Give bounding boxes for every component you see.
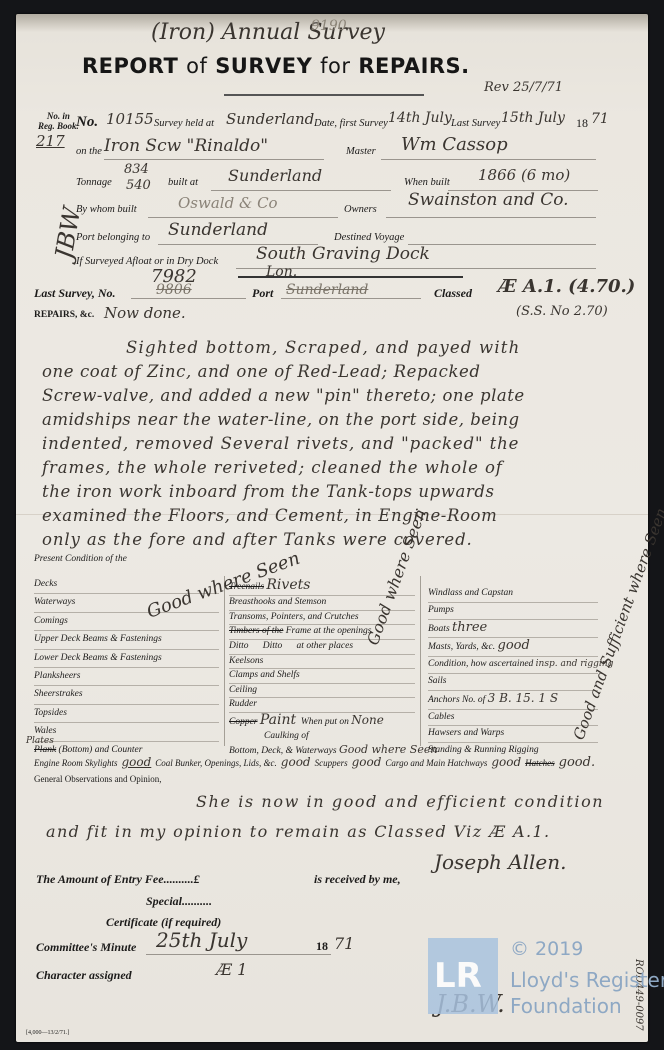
condition-item: Wales xyxy=(34,723,219,741)
anchors-value: 3 B. 15. 1 S xyxy=(488,691,558,705)
afloat-value: South Graving Dock xyxy=(256,244,430,264)
field-line xyxy=(131,298,246,299)
watermark-org-1: Lloyd's Register xyxy=(510,968,664,992)
masts-label: Masts, Yards, &c. xyxy=(428,642,495,652)
master-label: Master xyxy=(346,146,376,157)
rev-note: Rev 25/7/71 xyxy=(484,80,563,95)
struck-text: Treenails xyxy=(229,582,264,592)
tonnage-label: Tonnage xyxy=(76,177,112,188)
title-underline xyxy=(224,94,424,96)
last-survey-no-label: Last Survey, No. xyxy=(34,286,116,301)
character-label: Character assigned xyxy=(36,968,132,983)
inserted-word: Rivets xyxy=(266,577,310,593)
when-built-label: When built xyxy=(404,177,450,188)
repairs-label: REPAIRS, &c. xyxy=(34,310,94,320)
anchors-label: Anchors No. of xyxy=(428,695,485,705)
title-word: of xyxy=(186,54,207,78)
survey-no: 10155 xyxy=(106,110,154,128)
committee-year-prefix: 18 xyxy=(316,939,328,954)
first-survey-label: Date, first Survey xyxy=(314,118,388,129)
narrative-line: one coat of Zinc, and one of Red-Lead; R… xyxy=(42,360,642,384)
received-label: is received by me, xyxy=(314,872,401,887)
condition-item: Keelsons xyxy=(229,655,415,670)
reg-book-label: No. in Reg. Book. xyxy=(38,111,79,131)
condition-item: Condition, how ascertained insp. and rig… xyxy=(428,657,598,674)
condition-item: Anchors No. of 3 B. 15. 1 S xyxy=(428,691,598,710)
classed-label: Classed xyxy=(434,286,472,301)
struck-text: Timbers of the xyxy=(229,626,283,636)
condition-item: Boats three xyxy=(428,620,598,639)
struck-text: Copper xyxy=(229,717,258,727)
condition-item: Copper Paint When put on None xyxy=(229,713,415,730)
narrative-line: examined the Floors, and Cement, in Engi… xyxy=(42,504,642,528)
repair-narrative: Sighted bottom, Scraped, and payed with … xyxy=(42,336,642,552)
page-title: REPORT of SURVEY for REPAIRS. xyxy=(82,54,470,78)
opinion-label: General Observations and Opinion, xyxy=(34,774,161,784)
survey-document: (Iron) Annual Survey 9190 REPORT of SURV… xyxy=(16,14,648,1042)
tonnage-net: 540 xyxy=(126,178,151,193)
reg-book-label-1: No. in xyxy=(38,111,79,121)
condition-item: Topsides xyxy=(34,705,219,723)
owners-value: Swainston and Co. xyxy=(408,190,569,210)
hatchways-label: Cargo and Main Hatchways xyxy=(385,758,487,768)
field-line xyxy=(146,954,331,955)
voyage-label: Destined Voyage xyxy=(334,232,404,243)
built-at-label: built at xyxy=(168,177,198,188)
last-survey-value: 15th July xyxy=(501,110,565,126)
by-whom-value: Oswald & Co xyxy=(178,194,278,212)
field-line xyxy=(381,159,596,160)
condition-item: Pumps xyxy=(428,603,598,620)
classed-value: Æ A.1. (4.70.) xyxy=(498,276,635,297)
reg-book-label-2: Reg. Book. xyxy=(38,121,79,131)
scuppers-value: good xyxy=(352,755,382,769)
bunker-value: good xyxy=(281,755,311,769)
narrative-line: frames, the whole reriveted; cleaned the… xyxy=(42,456,642,480)
condition-item: Lower Deck Beams & Fastenings xyxy=(34,650,219,668)
condition-item: Windlass and Capstan xyxy=(428,586,598,603)
narrative-line: amidships near the water-line, on the po… xyxy=(42,408,642,432)
column-divider xyxy=(420,576,421,746)
owners-label: Owners xyxy=(344,204,377,215)
narrative-line: only as the fore and after Tanks were co… xyxy=(42,528,642,552)
caulking-label: Caulking of xyxy=(229,730,415,743)
bunker-label: Coal Bunker, Openings, Lids, &c. xyxy=(155,758,277,768)
last-survey-no-old: 9806 xyxy=(156,282,192,298)
pencil-number: 9190 xyxy=(311,18,347,34)
masts-value: good xyxy=(498,638,530,653)
narrative-line: indented, removed Several rivets, and "p… xyxy=(42,432,642,456)
port-label: Port belonging to xyxy=(76,232,150,243)
vessel-name: Iron Scw "Rinaldo" xyxy=(104,136,268,156)
field-line xyxy=(104,159,324,160)
master-value: Wm Cassop xyxy=(401,134,508,155)
watermark-org-2: Foundation xyxy=(510,994,622,1018)
held-at-value: Sunderland xyxy=(226,110,314,128)
column-divider xyxy=(224,576,225,746)
margin-initials: JBW xyxy=(50,205,87,261)
held-at-label: Survey held at xyxy=(154,118,214,129)
condition-item: Clamps and Shelfs xyxy=(229,669,415,684)
built-at-value: Sunderland xyxy=(228,166,322,185)
condition-item: Upper Deck Beams & Fastenings xyxy=(34,631,219,649)
character-value: Æ 1 xyxy=(216,960,247,979)
title-word: SURVEY xyxy=(215,54,312,78)
first-survey-value: 14th July xyxy=(388,110,452,126)
boats-label: Boats xyxy=(428,624,450,634)
no-label: No. xyxy=(76,114,98,131)
hatches-label: Hatches xyxy=(525,758,555,768)
lr-logo-icon: LR xyxy=(434,956,482,996)
print-code: [4,000—13/2/71.] xyxy=(26,1030,69,1036)
field-line xyxy=(148,217,338,218)
boats-value: three xyxy=(452,620,487,635)
title-word: for xyxy=(320,54,350,78)
title-word: REPAIRS. xyxy=(358,54,469,78)
repairs-value: Now done. xyxy=(104,304,186,322)
narrative-line: Sighted bottom, Scraped, and payed with xyxy=(42,336,642,360)
committee-label: Committee's Minute xyxy=(36,940,136,955)
condition-item: Planksheers xyxy=(34,668,219,686)
port-value: Sunderland xyxy=(168,220,268,240)
title-word: REPORT xyxy=(82,54,178,78)
port2-label: Port xyxy=(252,286,273,301)
opinion-line-1: She is now in good and efficient conditi… xyxy=(196,792,604,811)
lr-logo: LR xyxy=(428,938,498,1014)
condition-heading: Present Condition of the xyxy=(34,554,127,564)
surveyor-signature: Joseph Allen. xyxy=(434,850,567,874)
special-label: Special.......... xyxy=(146,894,212,909)
watermark-copyright: © 2019 xyxy=(510,938,583,960)
port2-old: Sunderland xyxy=(286,282,368,298)
condition-item: Rudder xyxy=(229,698,415,713)
reg-book-value: 217 xyxy=(36,132,65,150)
committee-year-suffix: 71 xyxy=(334,934,354,953)
when-label: When put on xyxy=(301,717,349,727)
skylights-label: Engine Room Skylights xyxy=(34,758,117,768)
year-suffix: 71 xyxy=(591,111,609,127)
skylights-value: good xyxy=(121,755,151,769)
on-the-label: on the xyxy=(76,146,102,157)
year-prefix: 18 xyxy=(576,116,588,131)
hatches-value: good. xyxy=(559,755,595,770)
condition-item: Ceiling xyxy=(229,684,415,699)
field-line xyxy=(281,298,421,299)
classed-note: (S.S. No 2.70) xyxy=(516,304,608,319)
inserted-word: Plates xyxy=(26,736,54,746)
ascertained-label: Condition, how ascertained xyxy=(428,659,533,669)
entry-fee-label: The Amount of Entry Fee..........£ xyxy=(36,872,200,887)
condition-item: Sheerstrakes xyxy=(34,686,219,704)
hatchways-value: good xyxy=(491,755,521,769)
field-line xyxy=(386,217,596,218)
condition-item: Sails xyxy=(428,674,598,691)
when-value: None xyxy=(351,713,384,727)
when-built-value: 1866 (6 mo) xyxy=(478,166,570,184)
narrative-line: Screw-valve, and added a new "pin" there… xyxy=(42,384,642,408)
scuppers-label: Scuppers xyxy=(315,758,348,768)
bottom-condition-row: Engine Room Skylights good Coal Bunker, … xyxy=(34,753,634,771)
tonnage-gross: 834 xyxy=(124,162,149,177)
last-survey-label: Last Survey xyxy=(451,118,500,129)
narrative-line: the iron work inboard from the Tank-tops… xyxy=(42,480,642,504)
field-line xyxy=(408,244,596,245)
annotation-type: (Iron) Annual Survey xyxy=(151,20,385,45)
condition-item: Masts, Yards, &c. good xyxy=(428,638,598,657)
field-line xyxy=(211,190,391,191)
inserted-word: Paint xyxy=(260,712,296,728)
opinion-line-2: and fit in my opinion to remain as Class… xyxy=(46,822,551,841)
committee-value: 25th July xyxy=(156,928,247,952)
divider xyxy=(238,276,463,278)
